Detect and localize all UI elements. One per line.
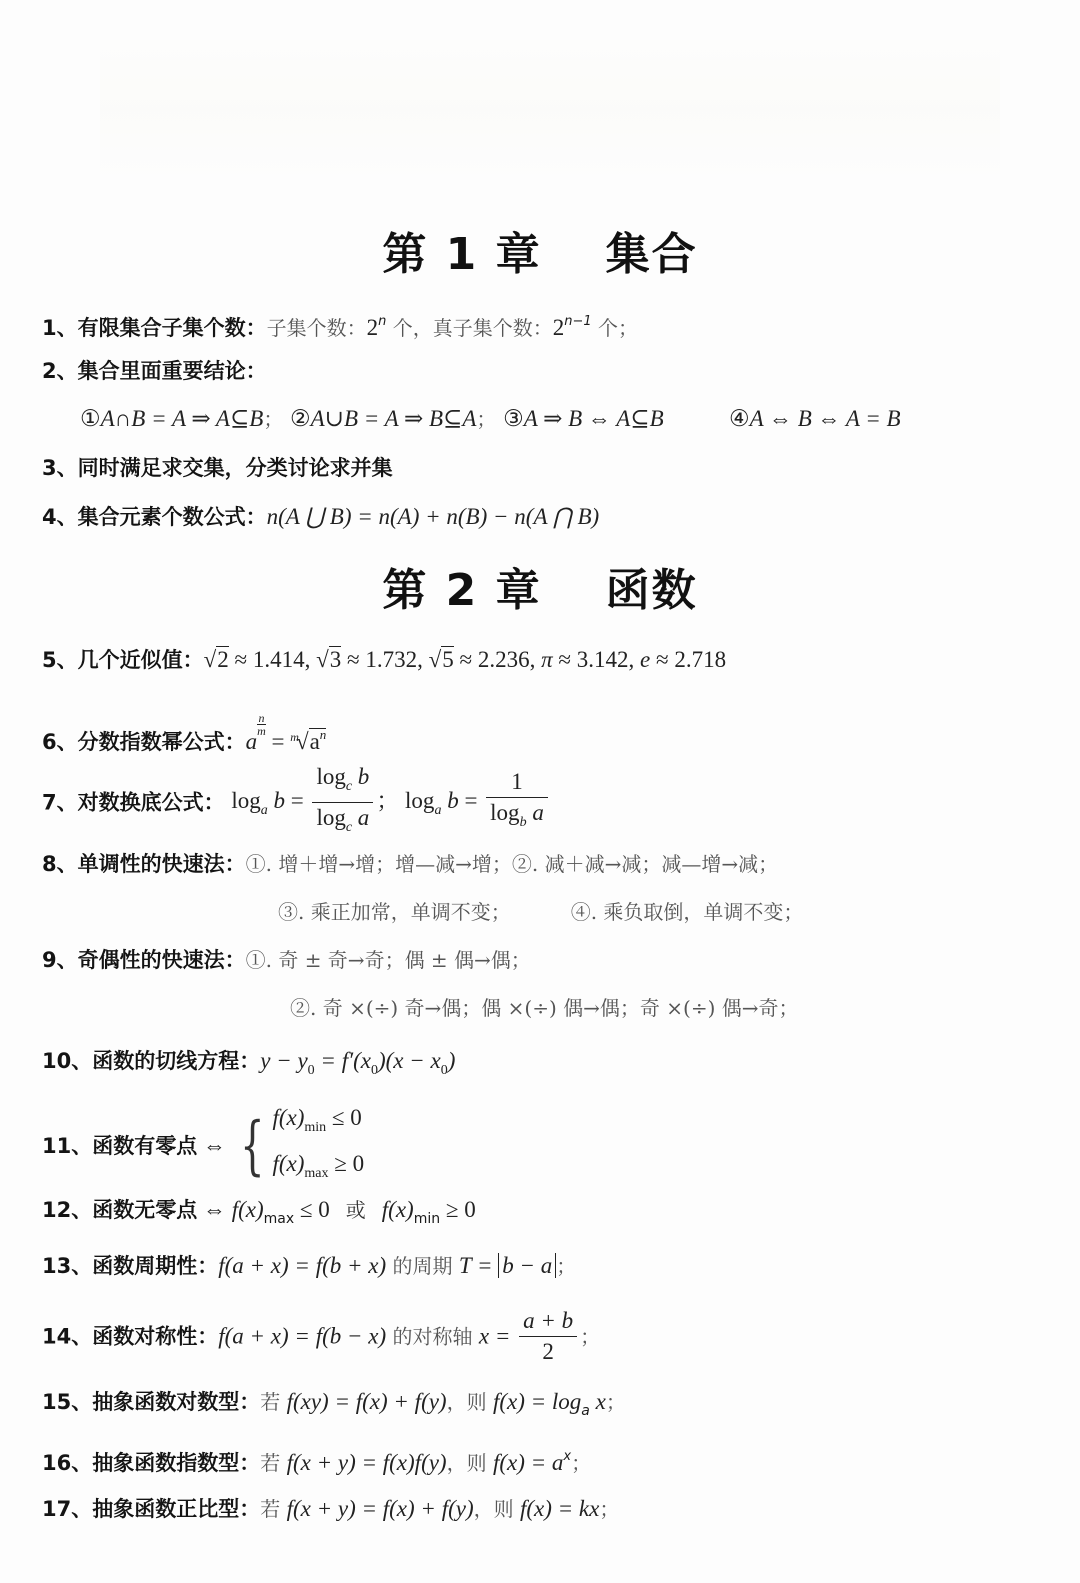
item-15: 15、抽象函数对数型：若 f(xy) = f(x) + f(y)，则 f(x) … — [42, 1387, 626, 1426]
radicand: 2 — [216, 646, 229, 672]
math: f(a + x) = f(b − x) — [218, 1324, 386, 1349]
item-6: 6、分数指数幂公式：anm = m√an — [42, 712, 326, 757]
var: b — [447, 788, 459, 813]
item-4: 4、集合元素个数公式：n(A ⋃ B) = n(A) + n(B) − n(A … — [42, 502, 599, 532]
sub: min — [414, 1211, 440, 1227]
item-3: 3、同时满足求交集，分类讨论求并集 — [42, 453, 393, 483]
var: a — [358, 805, 370, 830]
item-16-label: 16、抽象函数指数型： — [42, 1451, 260, 1475]
value: ≈ 2.718 — [650, 647, 726, 672]
math: anm = m√an — [246, 729, 327, 754]
text: ； — [556, 1254, 576, 1278]
eq: = — [285, 788, 309, 813]
sub: max — [264, 1211, 295, 1227]
text: ，则 — [447, 1390, 493, 1414]
item-9: 9、奇偶性的快速法：①. 奇 ± 奇→奇；偶 ± 偶→偶； — [42, 945, 531, 975]
item-8-label: 8、单调性的快速法： — [42, 852, 246, 876]
log: log — [316, 805, 345, 830]
rel: ≤ 0 — [326, 1105, 362, 1130]
item-17: 17、抽象函数正比型：若 f(x + y) = f(x) + f(y)，则 f(… — [42, 1494, 619, 1524]
item-9-line-1: ①. 奇 ± 奇→奇；偶 ± 偶→偶； — [246, 948, 531, 972]
fx: f(x) — [272, 1105, 304, 1130]
item-2-conclusions: ①A∩B = A ⇒ A⊆B； ②A∪B = A ⇒ B⊆A； ③A ⇒ B ⇔… — [80, 404, 901, 434]
text: ； — [571, 1451, 591, 1475]
item-11-label: 11、函数有零点 — [42, 1134, 197, 1158]
chapter-2-prefix: 第 2 章 — [382, 565, 541, 616]
chapter-1-heading: 第 1 章集合 — [0, 218, 1080, 282]
part: ) — [448, 1048, 456, 1073]
math: A∪B = A ⇒ B⊆A — [311, 406, 477, 431]
circled-2: ② — [290, 406, 311, 431]
math: f(a + x) = f(b + x) — [218, 1253, 386, 1278]
math: x — [590, 1389, 606, 1414]
iff-symbol: ⇔ — [197, 1133, 232, 1158]
item-10-label: 10、函数的切线方程： — [42, 1049, 260, 1073]
math: A ⇒ B ⇔ A⊆B — [524, 406, 664, 431]
log: log — [231, 788, 260, 813]
part: = f′(x — [315, 1048, 371, 1073]
sub: c — [346, 779, 352, 794]
faded-header-area — [100, 40, 1000, 180]
item-14-label: 14、函数对称性： — [42, 1325, 218, 1349]
math: y − y0 = f′(x0)(x − x0) — [260, 1048, 455, 1073]
item-8-line-2: ③. 乘正加常，单调不变；④. 乘负取倒，单调不变； — [278, 897, 803, 927]
item-9-label: 9、奇偶性的快速法： — [42, 948, 246, 972]
math: f(x) = kx — [520, 1496, 599, 1521]
eq: = — [459, 788, 483, 813]
cases: f(x)min ≤ 0f(x)max ≥ 0 — [272, 1100, 364, 1192]
item-1: 1、有限集合子集个数：子集个数：2n 个，真子集个数：2n−1 个； — [42, 307, 638, 343]
item-1-label: 1、有限集合子集个数： — [42, 316, 267, 340]
den: 2 — [519, 1337, 577, 1367]
part: )(x − x — [378, 1048, 441, 1073]
item-8-line-1: ①. 增＋增→增；增—减→增；②. 减＋减→减；减—增→减； — [246, 852, 778, 876]
sub: min — [304, 1120, 326, 1135]
item-12: 12、函数无零点 ⇔ f(x)max ≤ 0或f(x)min ≥ 0 — [42, 1195, 476, 1234]
den: m — [257, 725, 266, 737]
circled-1: ① — [80, 406, 101, 431]
fraction: logc blogc a — [312, 762, 373, 843]
radicand: 3 — [329, 646, 342, 672]
math: f(xy) = f(x) + f(y) — [287, 1389, 447, 1414]
text: ； — [606, 1390, 626, 1414]
left-brace: { — [240, 1114, 264, 1178]
var: b — [358, 764, 370, 789]
chapter-1-prefix: 第 1 章 — [382, 229, 541, 280]
item-5-label: 5、几个近似值： — [42, 648, 204, 672]
fx: f(x) — [382, 1197, 414, 1222]
text: ； — [263, 407, 283, 431]
math: x = — [479, 1324, 516, 1349]
text: 若 — [260, 1451, 286, 1475]
item-7: 7、对数换底公式： loga b = logc blogc a； loga b … — [42, 762, 551, 843]
math: 2 — [367, 315, 379, 340]
num: 1 — [486, 767, 548, 798]
text: 若 — [260, 1390, 286, 1414]
num: a + b — [519, 1306, 577, 1337]
sup: n — [320, 727, 327, 742]
text: 的对称轴 — [386, 1325, 479, 1349]
log: log — [490, 800, 519, 825]
sup: x — [563, 1449, 571, 1464]
item-2-label: 2、集合里面重要结论： — [42, 359, 267, 383]
log: log — [405, 788, 434, 813]
math-sup: n−1 — [564, 314, 591, 329]
text: ； — [476, 407, 496, 431]
item-14: 14、函数对称性：f(a + x) = f(b − x) 的对称轴 x = a … — [42, 1306, 600, 1367]
math: T = — [459, 1253, 498, 1278]
text: 的周期 — [386, 1254, 459, 1278]
sep: ； — [376, 788, 399, 813]
item-7-label: 7、对数换底公式： — [42, 791, 225, 815]
sub: a — [434, 803, 441, 818]
item-17-label: 17、抽象函数正比型： — [42, 1497, 260, 1521]
text: 个； — [592, 316, 638, 340]
fraction: 1logb a — [486, 767, 548, 838]
sub: a — [261, 803, 268, 818]
sub: max — [304, 1166, 328, 1181]
text: 子集个数： — [267, 316, 367, 340]
item-4-label: 4、集合元素个数公式： — [42, 505, 267, 529]
text: 若 — [260, 1497, 286, 1521]
frac-exp: nm — [257, 712, 266, 737]
item-3-label: 3、同时满足求交集，分类讨论求并集 — [42, 456, 393, 480]
pi: π — [541, 647, 553, 672]
e: e — [640, 647, 650, 672]
math: n(A ⋃ B) = n(A) + n(B) − n(A ⋂ B) — [267, 504, 600, 529]
item-8: 8、单调性的快速法：①. 增＋增→增；增—减→增；②. 减＋减→减；减—增→减； — [42, 849, 778, 879]
sub: a — [581, 1403, 590, 1419]
var: a — [532, 800, 544, 825]
iff-symbol: ⇔ — [197, 1197, 232, 1222]
fraction: a + b2 — [519, 1306, 577, 1367]
rel: ≥ 0 — [440, 1197, 476, 1222]
circled-4: ④ — [729, 406, 750, 431]
math: A∩B = A ⇒ A⊆B — [101, 406, 264, 431]
math: f(x) = log — [493, 1389, 581, 1414]
rel: ≥ 0 — [328, 1151, 364, 1176]
math: f(x + y) = f(x)f(y) — [287, 1450, 447, 1475]
item-10: 10、函数的切线方程：y − y0 = f′(x0)(x − x0) — [42, 1046, 455, 1086]
math: A ⇔ B ⇔ A = B — [750, 406, 901, 431]
var: b — [273, 788, 285, 813]
math: 2 — [553, 315, 565, 340]
fx: f(x) — [232, 1197, 264, 1222]
math: loga b = logc blogc a； loga b = 1logb a — [231, 788, 551, 813]
text: 个，真子集个数： — [386, 316, 552, 340]
fx: f(x) — [272, 1151, 304, 1176]
item-13: 13、函数周期性：f(a + x) = f(b + x) 的周期 T = b −… — [42, 1251, 576, 1281]
text: ； — [580, 1325, 600, 1349]
item-6-label: 6、分数指数幂公式： — [42, 730, 246, 754]
sub: 0 — [441, 1063, 448, 1078]
item-11: 11、函数有零点 ⇔ {f(x)min ≤ 0f(x)max ≥ 0 — [42, 1100, 364, 1192]
sub: 0 — [308, 1063, 315, 1078]
eq: = — [266, 729, 290, 754]
text: ； — [599, 1497, 619, 1521]
sub: c — [346, 820, 352, 835]
chapter-2-title: 函数 — [606, 565, 698, 616]
abs-value: b − a — [498, 1253, 556, 1278]
text: ，则 — [474, 1497, 520, 1521]
text: ②. 奇 ×(÷) 奇→偶；偶 ×(÷) 偶→偶；奇 ×(÷) 偶→奇； — [290, 996, 799, 1020]
value: ≈ 2.236, — [454, 647, 541, 672]
item-16: 16、抽象函数指数型：若 f(x + y) = f(x)f(y)，则 f(x) … — [42, 1442, 591, 1478]
rel: ≤ 0 — [294, 1197, 330, 1222]
sub: 0 — [371, 1063, 378, 1078]
item-2: 2、集合里面重要结论： — [42, 356, 267, 386]
value: ≈ 1.732, — [341, 647, 428, 672]
item-15-label: 15、抽象函数对数型： — [42, 1390, 260, 1414]
item-5: 5、几个近似值：√2 ≈ 1.414, √3 ≈ 1.732, √5 ≈ 2.2… — [42, 645, 726, 675]
item-13-label: 13、函数周期性： — [42, 1254, 218, 1278]
text: ④. 乘负取倒，单调不变； — [571, 900, 804, 924]
or-text: 或 — [346, 1198, 366, 1222]
value: ≈ 1.414, — [229, 647, 316, 672]
text: ，则 — [447, 1451, 493, 1475]
circled-3: ③ — [503, 406, 524, 431]
radicand: 5 — [441, 646, 454, 672]
part: y − y — [260, 1048, 307, 1073]
math: f(x) = a — [493, 1450, 563, 1475]
value: ≈ 3.142, — [553, 647, 640, 672]
base: a — [246, 729, 258, 754]
chapter-2-heading: 第 2 章函数 — [0, 554, 1080, 618]
radicand: a — [310, 729, 320, 754]
math: √2 ≈ 1.414, √3 ≈ 1.732, √5 ≈ 2.236, π ≈ … — [204, 646, 727, 672]
text: ③. 乘正加常，单调不变； — [278, 900, 511, 924]
log: log — [316, 764, 345, 789]
item-12-label: 12、函数无零点 — [42, 1198, 197, 1222]
chapter-1-title: 集合 — [606, 229, 698, 280]
formula-sheet-page: 第 1 章集合 1、有限集合子集个数：子集个数：2n 个，真子集个数：2n−1 … — [0, 0, 1080, 1583]
sub: b — [520, 815, 527, 830]
item-9-line-2: ②. 奇 ×(÷) 奇→偶；偶 ×(÷) 偶→偶；奇 ×(÷) 偶→奇； — [290, 993, 799, 1023]
math: f(x + y) = f(x) + f(y) — [287, 1496, 474, 1521]
